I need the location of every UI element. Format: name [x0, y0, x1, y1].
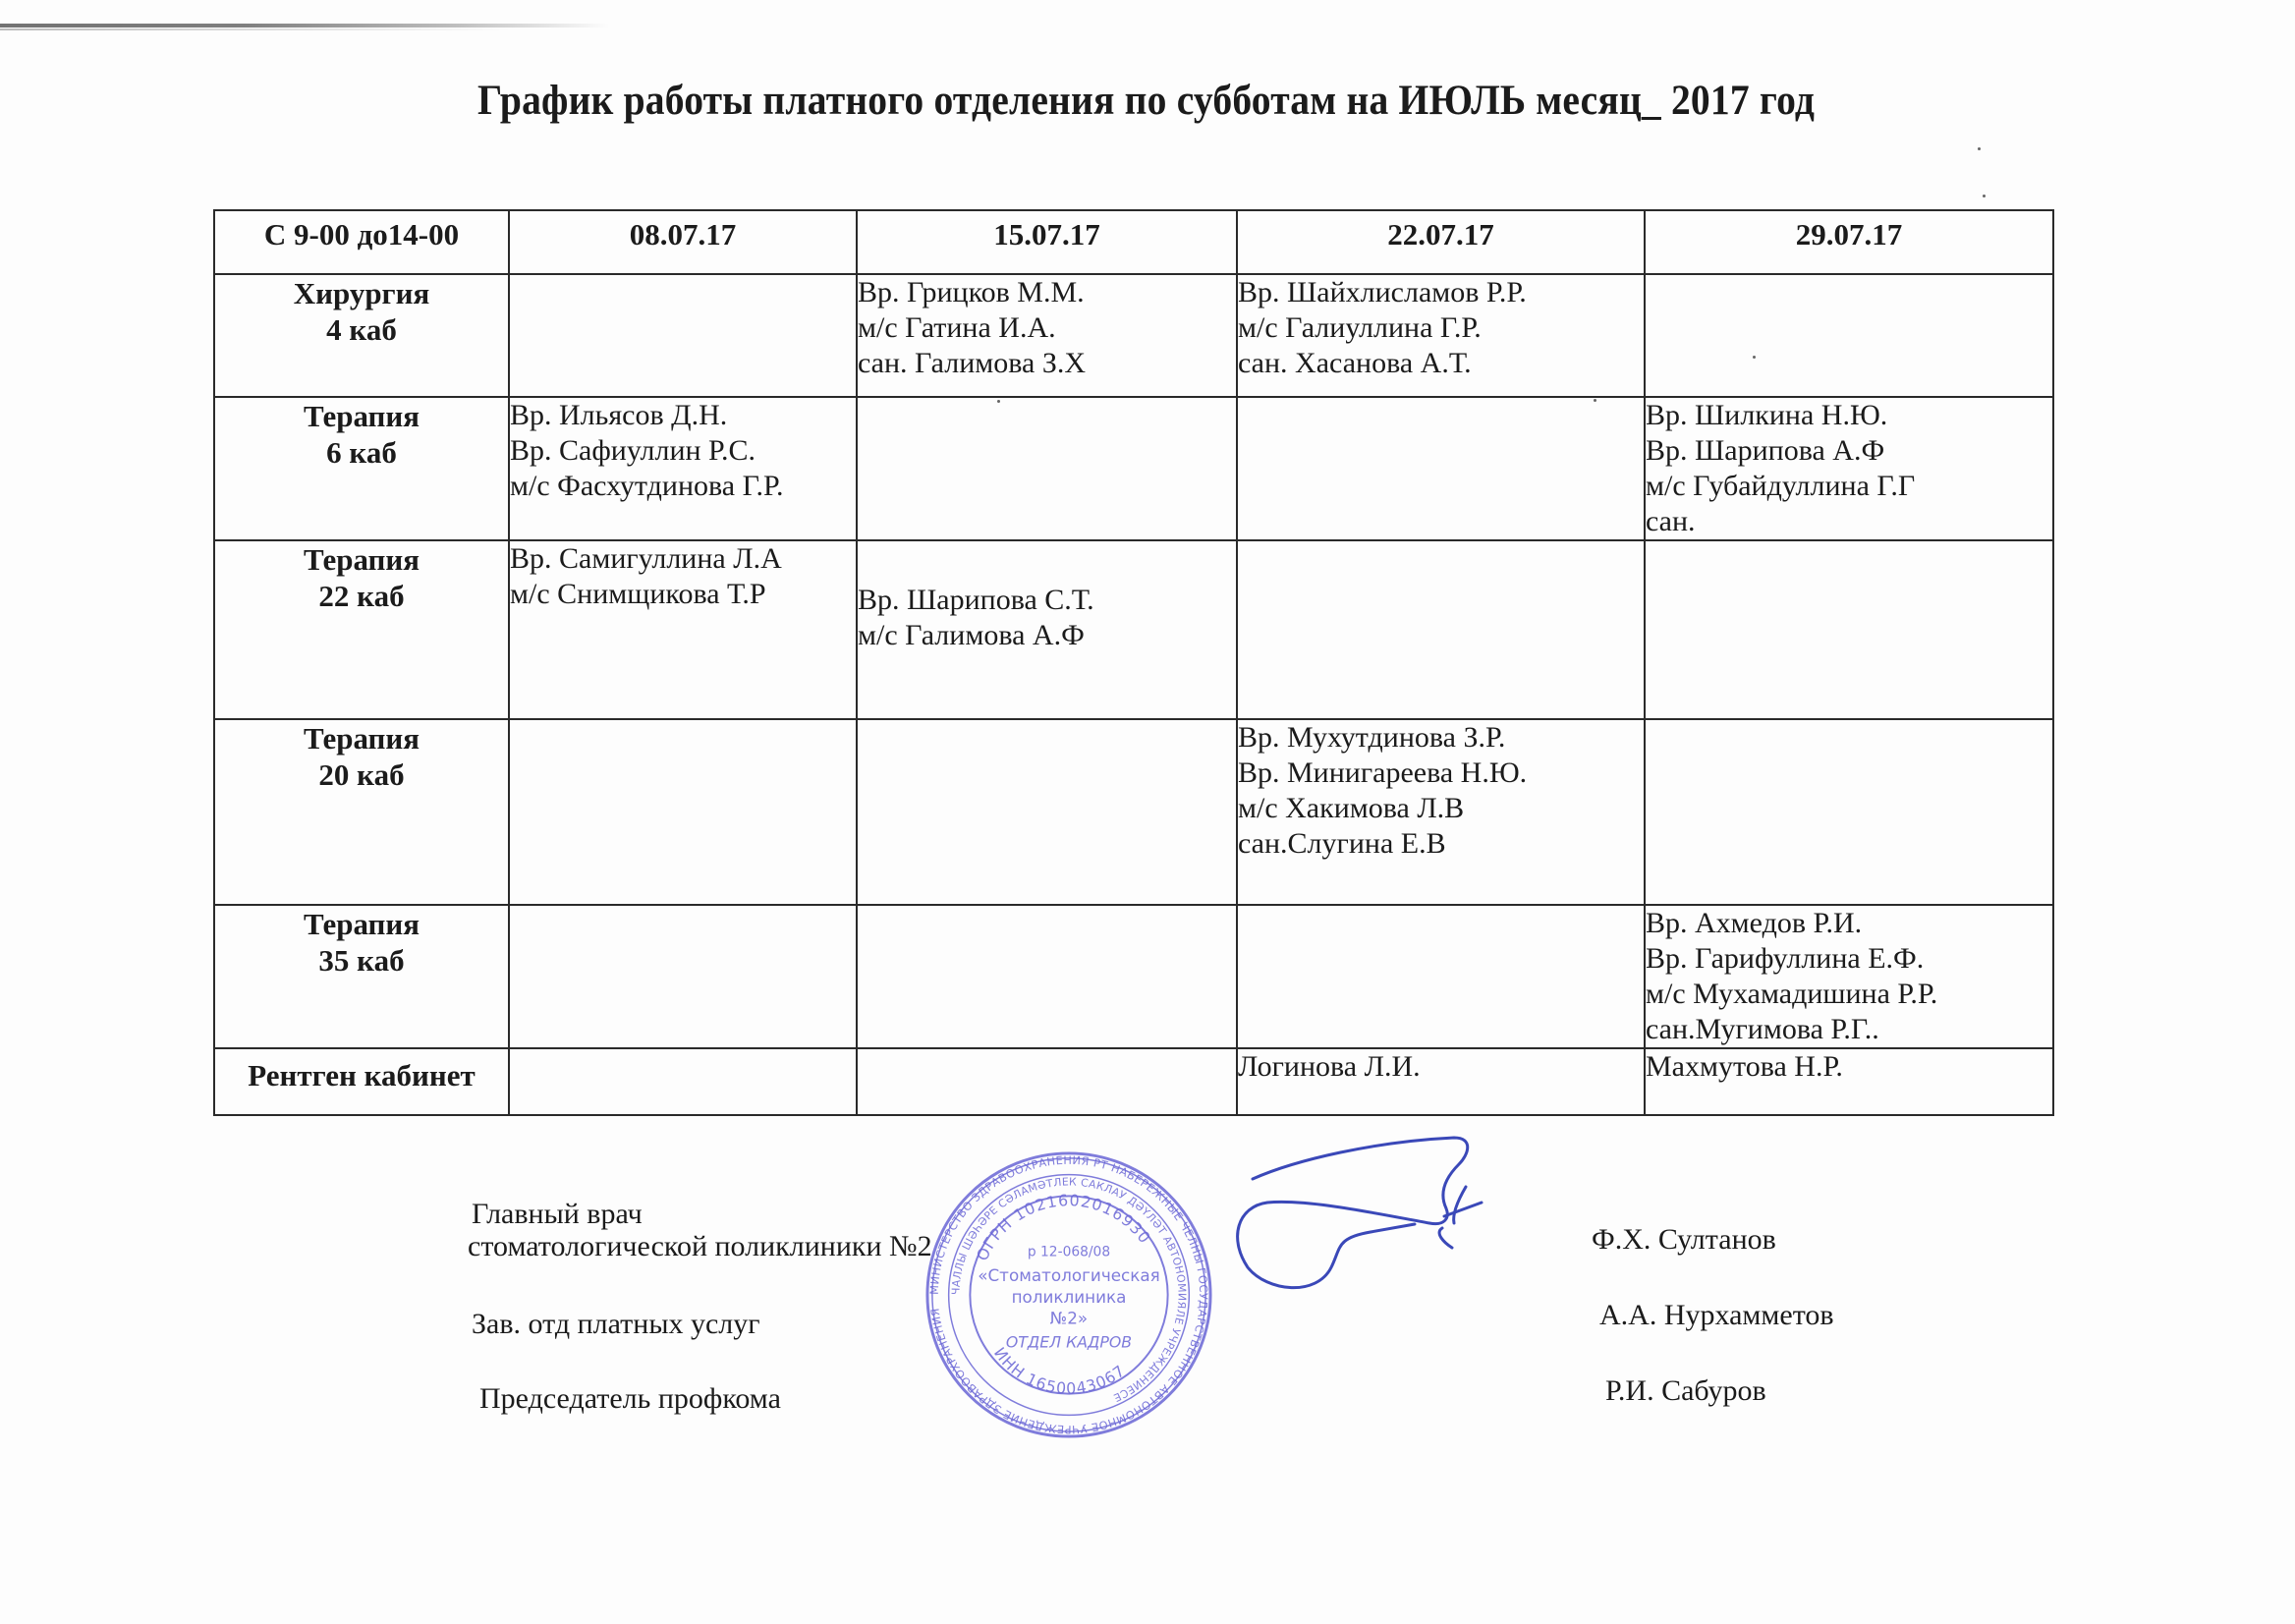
department-label: Хирургия	[215, 275, 508, 311]
staff-entry: Вр. Самигуллина Л.А	[510, 541, 856, 577]
staff-entry: сан. Хасанова А.Т.	[1238, 346, 1644, 381]
staff-cell	[1237, 540, 1645, 719]
department-label: 22 каб	[215, 578, 508, 614]
scan-speck	[997, 400, 1000, 403]
table-row: Хирургия4 кабВр. Грицков М.М.м/с Гатина …	[214, 274, 2053, 397]
staff-cell	[857, 397, 1237, 540]
staff-cell: Вр. Грицков М.М.м/с Гатина И.А.сан. Гали…	[857, 274, 1237, 397]
chief-title-org: стоматологической поликлиники №2	[468, 1229, 932, 1264]
chief-name: Ф.Х. Султанов	[1592, 1222, 1776, 1258]
staff-entry: м/с Галиуллина Г.Р.	[1238, 310, 1644, 346]
svg-text:№2»: №2»	[1050, 1309, 1088, 1328]
table-header-row: С 9-00 до14-00 08.07.17 15.07.17 22.07.1…	[214, 210, 2053, 274]
staff-entry: м/с Галимова А.Ф	[858, 618, 1236, 653]
paid-services-head-title: Зав. отд платных услуг	[472, 1307, 760, 1342]
staff-entry: Вр. Шилкина Н.Ю.	[1646, 398, 2052, 433]
staff-entry: Вр. Грицков М.М.	[858, 275, 1236, 310]
staff-cell: Вр. Самигуллина Л.Ам/с Снимщикова Т.Р	[509, 540, 857, 719]
staff-entry: м/с Гатина И.А.	[858, 310, 1236, 346]
staff-cell	[509, 274, 857, 397]
staff-cell	[1645, 719, 2053, 905]
scan-speck	[1983, 195, 1986, 197]
staff-entry: сан.	[1646, 504, 2052, 539]
department-cell: Терапия6 каб	[214, 397, 509, 540]
staff-cell: Вр. Шилкина Н.Ю.Вр. Шарипова А.Фм/с Губа…	[1645, 397, 2053, 540]
staff-entry: Вр. Шарипова А.Ф	[1646, 433, 2052, 469]
svg-text:р 12-068/08: р 12-068/08	[1028, 1245, 1110, 1260]
table-row: Терапия22 кабВр. Самигуллина Л.Ам/с Сним…	[214, 540, 2053, 719]
department-label: 20 каб	[215, 756, 508, 793]
department-label: Терапия	[215, 398, 508, 434]
department-cell: Терапия35 каб	[214, 905, 509, 1048]
department-cell: Рентген кабинет	[214, 1048, 509, 1115]
table-row: Терапия35 кабВр. Ахмедов Р.И.Вр. Гарифул…	[214, 905, 2053, 1048]
staff-cell	[509, 1048, 857, 1115]
staff-cell	[509, 719, 857, 905]
staff-cell: Вр. Ахмедов Р.И.Вр. Гарифуллина Е.Ф.м/с …	[1645, 905, 2053, 1048]
staff-cell: Махмутова Н.Р.	[1645, 1048, 2053, 1115]
department-label: 35 каб	[215, 942, 508, 979]
staff-entry: сан. Галимова З.Х	[858, 346, 1236, 381]
document-title: График работы платного отделения по субб…	[90, 77, 2202, 125]
staff-entry: Вр. Мухутдинова З.Р.	[1238, 720, 1644, 756]
department-cell: Хирургия4 каб	[214, 274, 509, 397]
chief-title: Главный врач	[472, 1197, 643, 1232]
staff-cell	[509, 905, 857, 1048]
department-label: 4 каб	[215, 311, 508, 348]
header-date: 29.07.17	[1645, 210, 2053, 274]
svg-text:ИНН 1650043067: ИНН 1650043067	[990, 1344, 1129, 1398]
staff-cell	[1645, 274, 2053, 397]
header-time: С 9-00 до14-00	[214, 210, 509, 274]
department-cell: Терапия22 каб	[214, 540, 509, 719]
staff-entry: Вр. Минигареева Н.Ю.	[1238, 756, 1644, 791]
staff-entry: Вр. Гарифуллина Е.Ф.	[1646, 941, 2052, 977]
staff-entry: м/с Снимщикова Т.Р	[510, 577, 856, 612]
header-date: 22.07.17	[1237, 210, 1645, 274]
staff-cell	[1237, 397, 1645, 540]
department-label: Терапия	[215, 906, 508, 942]
scan-speck	[1594, 399, 1596, 402]
staff-entry: Вр. Сафиуллин Р.С.	[510, 433, 856, 469]
staff-entry: м/с Мухамадишина Р.Р.	[1646, 977, 2052, 1012]
staff-cell	[857, 905, 1237, 1048]
staff-cell	[1237, 905, 1645, 1048]
staff-entry: сан.Мугимова Р.Г..	[1646, 1012, 2052, 1047]
staff-entry: м/с Фасхутдинова Г.Р.	[510, 469, 856, 504]
staff-entry: Вр. Шарипова С.Т.	[858, 583, 1236, 618]
svg-text:ОТДЕЛ КАДРОВ: ОТДЕЛ КАДРОВ	[1006, 1332, 1132, 1351]
staff-cell	[1645, 540, 2053, 719]
staff-entry: Вр. Ильясов Д.Н.	[510, 398, 856, 433]
header-date: 15.07.17	[857, 210, 1237, 274]
department-label: Рентген кабинет	[215, 1057, 508, 1093]
svg-text:«Стоматологическая: «Стоматологическая	[978, 1265, 1160, 1285]
department-label: Терапия	[215, 541, 508, 578]
staff-entry: м/с Губайдуллина Г.Г	[1646, 469, 2052, 504]
staff-entry: Вр. Ахмедов Р.И.	[1646, 906, 2052, 941]
staff-cell: Вр. Ильясов Д.Н.Вр. Сафиуллин Р.С.м/с Фа…	[509, 397, 857, 540]
svg-text:поликлиника: поликлиника	[1012, 1287, 1127, 1307]
union-chair-name: Р.И. Сабуров	[1605, 1373, 1766, 1409]
department-label: 6 каб	[215, 434, 508, 471]
staff-cell: Вр. Мухутдинова З.Р.Вр. Минигареева Н.Ю.…	[1237, 719, 1645, 905]
scan-speck	[1753, 356, 1756, 359]
table-row: Рентген кабинетЛогинова Л.И.Махмутова Н.…	[214, 1048, 2053, 1115]
scan-speck	[1978, 147, 1981, 150]
staff-entry: Махмутова Н.Р.	[1646, 1049, 2052, 1085]
staff-cell: Вр. Шарипова С.Т.м/с Галимова А.Ф	[857, 540, 1237, 719]
department-label: Терапия	[215, 720, 508, 756]
schedule-table: С 9-00 до14-00 08.07.17 15.07.17 22.07.1…	[213, 209, 2054, 1116]
staff-entry: Логинова Л.И.	[1238, 1049, 1644, 1085]
staff-cell	[857, 719, 1237, 905]
header-date: 08.07.17	[509, 210, 857, 274]
table-row: Терапия6 кабВр. Ильясов Д.Н.Вр. Сафиулли…	[214, 397, 2053, 540]
table-row: Терапия20 кабВр. Мухутдинова З.Р.Вр. Мин…	[214, 719, 2053, 905]
staff-cell: Вр. Шайхлисламов Р.Р.м/с Галиуллина Г.Р.…	[1237, 274, 1645, 397]
department-cell: Терапия20 каб	[214, 719, 509, 905]
staff-entry: м/с Хакимова Л.В	[1238, 791, 1644, 826]
union-chair-title: Председатель профкома	[479, 1381, 781, 1417]
staff-entry: сан.Слугина Е.В	[1238, 826, 1644, 862]
handwritten-signature	[1159, 1100, 1493, 1297]
paid-services-head-name: А.А. Нурхамметов	[1599, 1298, 1834, 1333]
scan-artifact	[0, 24, 609, 28]
staff-entry: Вр. Шайхлисламов Р.Р.	[1238, 275, 1644, 310]
scan-artifact	[0, 28, 511, 30]
